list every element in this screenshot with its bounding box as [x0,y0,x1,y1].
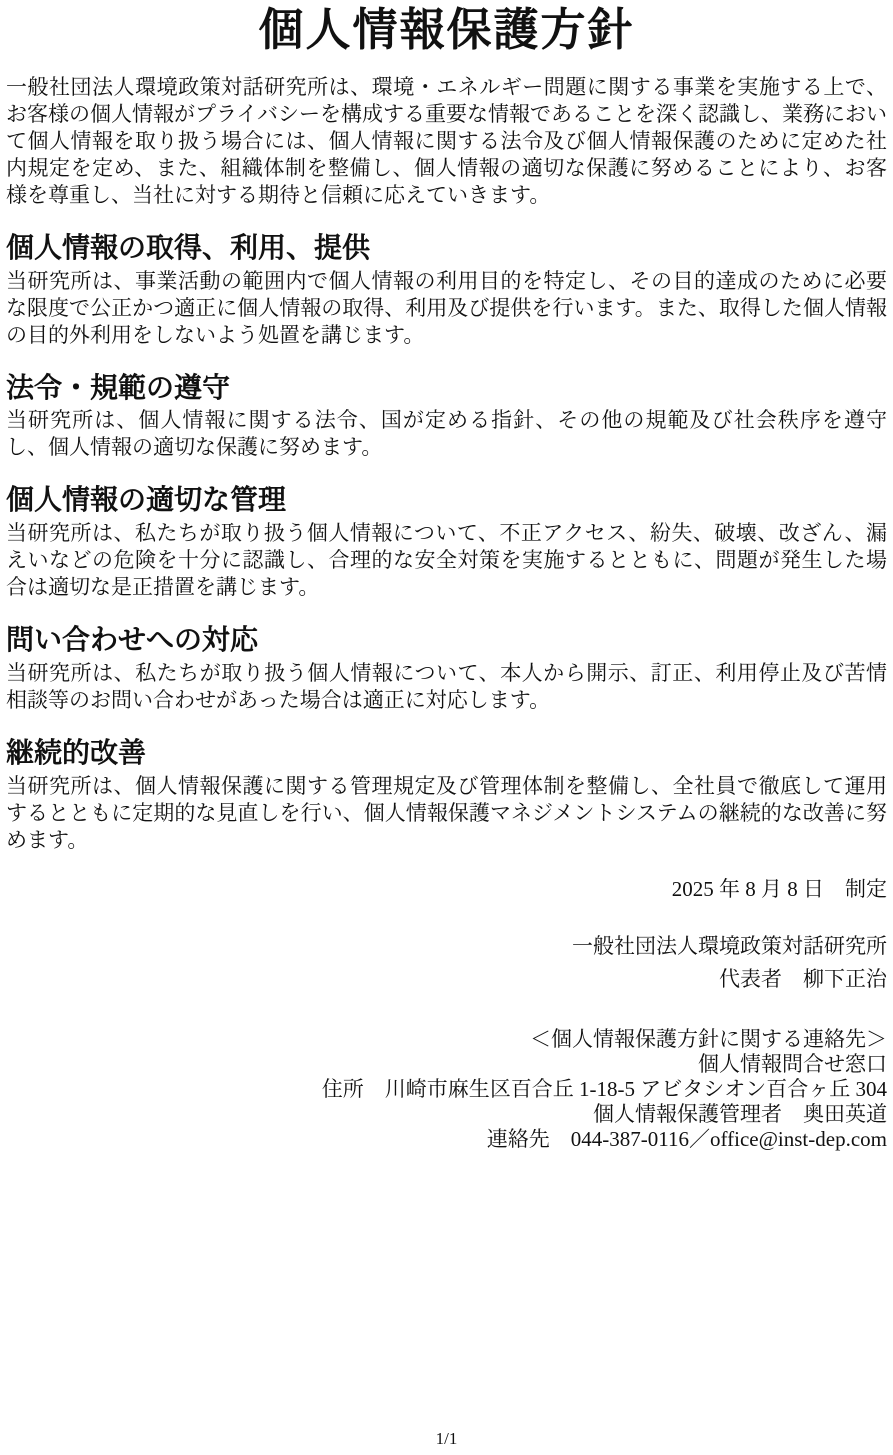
section-heading-proper-management: 個人情報の適切な管理 [6,485,887,516]
signature-block: 2025 年 8 月 8 日 制定 一般社団法人環境政策対話研究所 代表者 柳下… [6,876,887,1152]
representative-name: 代表者 柳下正治 [6,966,887,993]
section-body-law-compliance: 当研究所は、個人情報に関する法令、国が定める指針、その他の規範及び社会秩序を遵守… [6,407,887,461]
organization-name: 一般社団法人環境政策対話研究所 [6,933,887,960]
contact-address: 住所 川崎市麻生区百合丘 1-18-5 アビタシオン百合ヶ丘 304 [6,1077,887,1102]
section-body-acquisition-use-provision: 当研究所は、事業活動の範囲内で個人情報の利用目的を特定し、その目的達成のために必… [6,268,887,349]
section-heading-continuous-improvement: 継続的改善 [6,738,887,769]
section-heading-acquisition-use-provision: 個人情報の取得、利用、提供 [6,233,887,264]
section-body-proper-management: 当研究所は、私たちが取り扱う個人情報について、不正アクセス、紛失、破壊、改ざん、… [6,520,887,601]
contact-phone-email: 連絡先 044-387-0116／office@inst-dep.com [6,1127,887,1152]
section-body-continuous-improvement: 当研究所は、個人情報保護に関する管理規定及び管理体制を整備し、全社員で徹底して運… [6,773,887,854]
intro-paragraph: 一般社団法人環境政策対話研究所は、環境・エネルギー問題に関する事業を実施する上で… [6,74,887,209]
page-title: 個人情報保護方針 [6,2,887,56]
page-number: 1/1 [0,1429,893,1449]
contact-manager: 個人情報保護管理者 奥田英道 [6,1102,887,1127]
contact-window: 個人情報問合せ窓口 [6,1052,887,1077]
section-heading-law-compliance: 法令・規範の遵守 [6,373,887,404]
contact-block: ＜個人情報保護方針に関する連絡先＞ 個人情報問合せ窓口 住所 川崎市麻生区百合丘… [6,1027,887,1152]
privacy-policy-document: 個人情報保護方針 一般社団法人環境政策対話研究所は、環境・エネルギー問題に関する… [0,0,893,1455]
enactment-date: 2025 年 8 月 8 日 制定 [6,876,887,903]
contact-heading: ＜個人情報保護方針に関する連絡先＞ [6,1027,887,1052]
section-body-inquiry-response: 当研究所は、私たちが取り扱う個人情報について、本人から開示、訂正、利用停止及び苦… [6,660,887,714]
section-heading-inquiry-response: 問い合わせへの対応 [6,625,887,656]
